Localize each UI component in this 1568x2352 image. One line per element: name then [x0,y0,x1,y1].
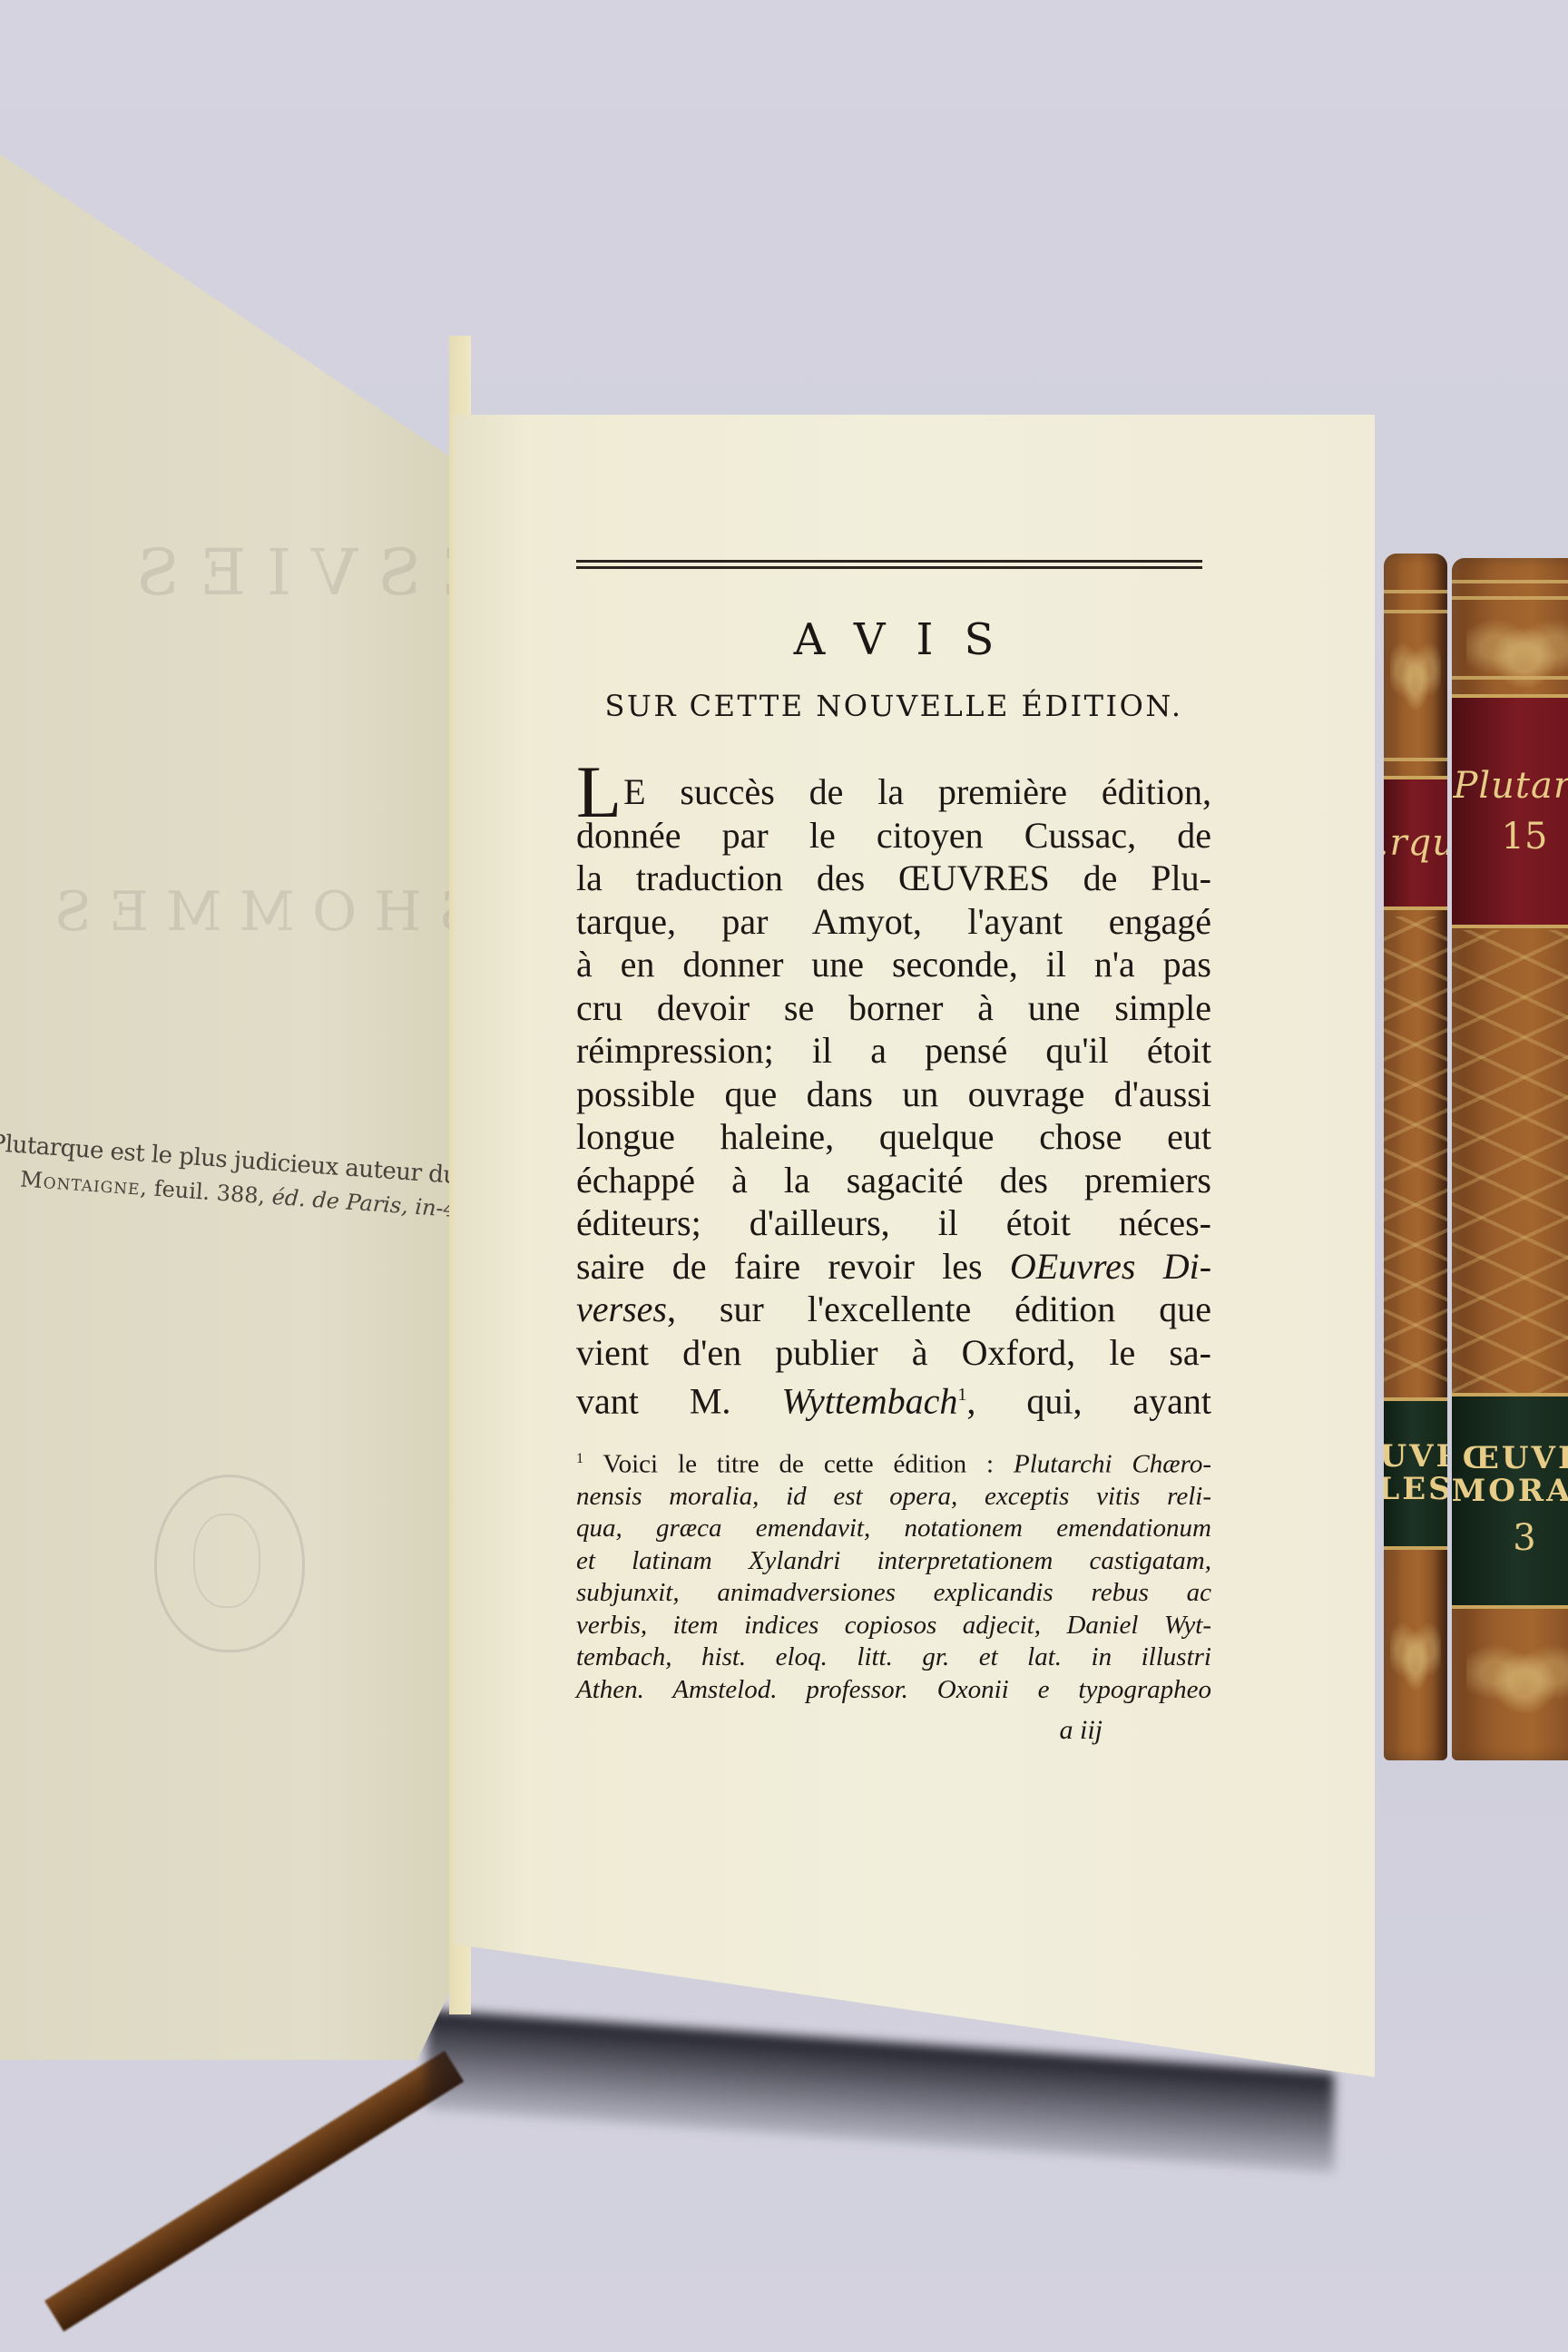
photo-scene: ...rque ŒUVRE LES Plutarq 15 ŒUVR MORAL … [0,0,1568,2352]
spine-series-label: ŒUVRE LES [1384,1397,1447,1550]
text-line: à en donner une seconde, il n'a pas [576,943,1211,986]
gilt-ornament [1390,626,1441,735]
epigraph-author: Montaigne [19,1166,141,1200]
show-through-stamp [154,1475,305,1652]
gilt-ornament [1390,1606,1441,1715]
text-line: donnée par le citoyen Cussac, de [576,814,1211,857]
spine-title-label: ...rque [1384,776,1447,910]
text-line: échappé à la sagacité des premiers [576,1159,1211,1202]
footnote-line: subjunxit, animadversiones explicandis r… [576,1577,1211,1610]
text-line: la traduction des ŒUVRES de Plu- [576,857,1211,900]
text-line: E succès de la première édition, [576,770,1211,814]
spine-series-line2: LES [1384,1474,1447,1506]
text-segment: vant M. [576,1380,781,1421]
background-book-2: Plutarq 15 ŒUVR MORAL 3 [1452,558,1568,1760]
footnote-line: tembach, hist. eloq. litt. gr. et lat. i… [576,1641,1211,1674]
footnote-line: qua, græca emendavit, notationem emendat… [576,1513,1211,1545]
text-line: vient d'en publier à Oxford, le sa- [576,1331,1211,1375]
background-book-1: ...rque ŒUVRE LES [1384,554,1447,1760]
footnote-line: nensis moralia, id est opera, exceptis v… [576,1481,1211,1514]
spine-title: Plutarq [1453,765,1568,807]
text-line: éditeurs; d'ailleurs, il étoit néces- [576,1201,1211,1245]
epigraph: Plutarque est le plus judicieux auteur d… [0,1130,462,1222]
text-line: réimpression; il a pensé qu'il étoit [576,1029,1211,1073]
text-segment: , sur l'excellente édition que [667,1289,1211,1329]
gilt-ornament [1466,1629,1568,1738]
gilt-band [1384,590,1447,593]
spine-series-line1: ŒUVRE [1384,1441,1447,1474]
text-line: saire de faire revoir les OEuvres Di- [576,1245,1211,1289]
spine-series-volume: 3 [1513,1517,1535,1559]
text-line: vant M. Wyttembach1, qui, ayant [576,1374,1211,1423]
signature-mark: a iij [576,1715,1211,1746]
text-segment-italic: OEuvres Di- [1010,1246,1211,1287]
text-segment-italic: Plutarchi Chæro- [1014,1449,1211,1478]
page-content: AVIS SUR CETTE NOUVELLE ÉDITION. L E suc… [576,560,1211,1746]
footnote-ref: 1 [957,1385,966,1405]
spine-series-label: ŒUVR MORAL 3 [1452,1393,1568,1609]
spine-volume-number: 15 [1502,816,1548,857]
left-page: L E S V I E S D E S H O M M E S Plutarqu… [0,154,454,2060]
gilt-lattice [1384,916,1447,1388]
text-line: tarque, par Amyot, l'ayant engagé [576,900,1211,944]
text-segment: saire de faire revoir les [576,1246,1010,1287]
gilt-lattice [1452,930,1568,1402]
text-line: longue haleine, quelque chose eut [576,1115,1211,1159]
footnote-marker: 1 [576,1451,583,1466]
text-line: cru devoir se borner à une simple [576,986,1211,1030]
spine-series-line1: ŒUVR [1463,1443,1568,1475]
gilt-band [1452,596,1568,600]
spine-title: ...rque [1384,822,1447,864]
text-segment: , qui, ayant [966,1380,1211,1421]
gilt-band [1452,580,1568,583]
page-title: AVIS [576,614,1211,665]
gilt-band [1452,676,1568,680]
text-segment: Voici le titre de cette édition : [603,1449,1014,1478]
footnote-line: 1 Voici le titre de cette édition : Plut… [576,1443,1211,1481]
body-text: L E succès de la première édition, donné… [576,770,1211,1423]
double-rule [576,560,1202,569]
text-line: verses, sur l'excellente édition que [576,1288,1211,1331]
footnote: 1 Voici le titre de cette édition : Plut… [576,1443,1211,1707]
epigraph-edition: éd. de Paris, in-4º [271,1184,468,1223]
book-cover-edge [44,2051,464,2331]
gilt-band [1384,610,1447,613]
epigraph-ref: , feuil. 388, [140,1175,273,1210]
page-subtitle: SUR CETTE NOUVELLE ÉDITION. [576,689,1211,723]
right-page: AVIS SUR CETTE NOUVELLE ÉDITION. L E suc… [454,415,1375,2077]
drop-cap: L [576,774,622,810]
spine-series-line2: MORAL [1452,1475,1568,1508]
text-segment-italic: Wyttembach [781,1380,957,1421]
spine-title-label: Plutarq 15 [1452,694,1568,928]
text-line: possible que dans un ouvrage d'aussi [576,1073,1211,1116]
footnote-line: et latinam Xylandri interpretationem cas… [576,1545,1211,1578]
footnote-line: Athen. Amstelod. professor. Oxonii e typ… [576,1674,1211,1707]
footnote-line: verbis, item indices copiosos adjecit, D… [576,1610,1211,1642]
gilt-band [1384,758,1447,761]
text-segment-italic: verses [576,1289,667,1329]
